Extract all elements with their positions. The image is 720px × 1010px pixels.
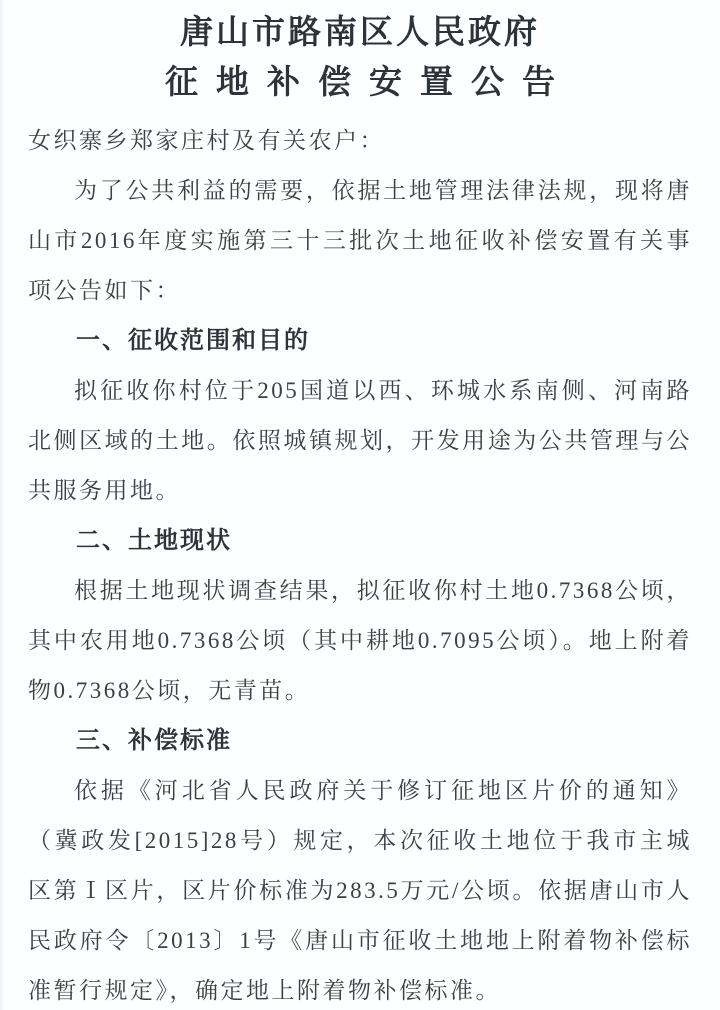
section-1-heading: 一、征收范围和目的 xyxy=(28,316,692,366)
scan-edge-artifact xyxy=(0,0,4,1010)
section-3-body: 依据《河北省人民政府关于修订征地区片价的通知》（冀政发[2015]28号）规定，… xyxy=(28,766,692,1010)
document-title-announcement: 征地补偿安置公告 xyxy=(28,56,692,108)
document-body: 女织寨乡郑家庄村及有关农户： 为了公共利益的需要，依据土地管理法律法规，现将唐山… xyxy=(28,116,692,1010)
intro-paragraph: 为了公共利益的需要，依据土地管理法律法规，现将唐山市2016年度实施第三十三批次… xyxy=(28,166,692,316)
section-2-heading: 二、土地现状 xyxy=(28,516,692,566)
document-title-government: 唐山市路南区人民政府 xyxy=(28,8,692,56)
section-1-body: 拟征收你村位于205国道以西、环城水系南侧、河南路北侧区域的土地。依照城镇规划，… xyxy=(28,366,692,516)
section-2-body: 根据土地现状调查结果，拟征收你村土地0.7368公顷，其中农用地0.7368公顷… xyxy=(28,566,692,716)
section-3-heading: 三、补偿标准 xyxy=(28,716,692,766)
salutation-line: 女织寨乡郑家庄村及有关农户： xyxy=(28,116,692,166)
announcement-page: 唐山市路南区人民政府 征地补偿安置公告 女织寨乡郑家庄村及有关农户： 为了公共利… xyxy=(0,0,720,1010)
